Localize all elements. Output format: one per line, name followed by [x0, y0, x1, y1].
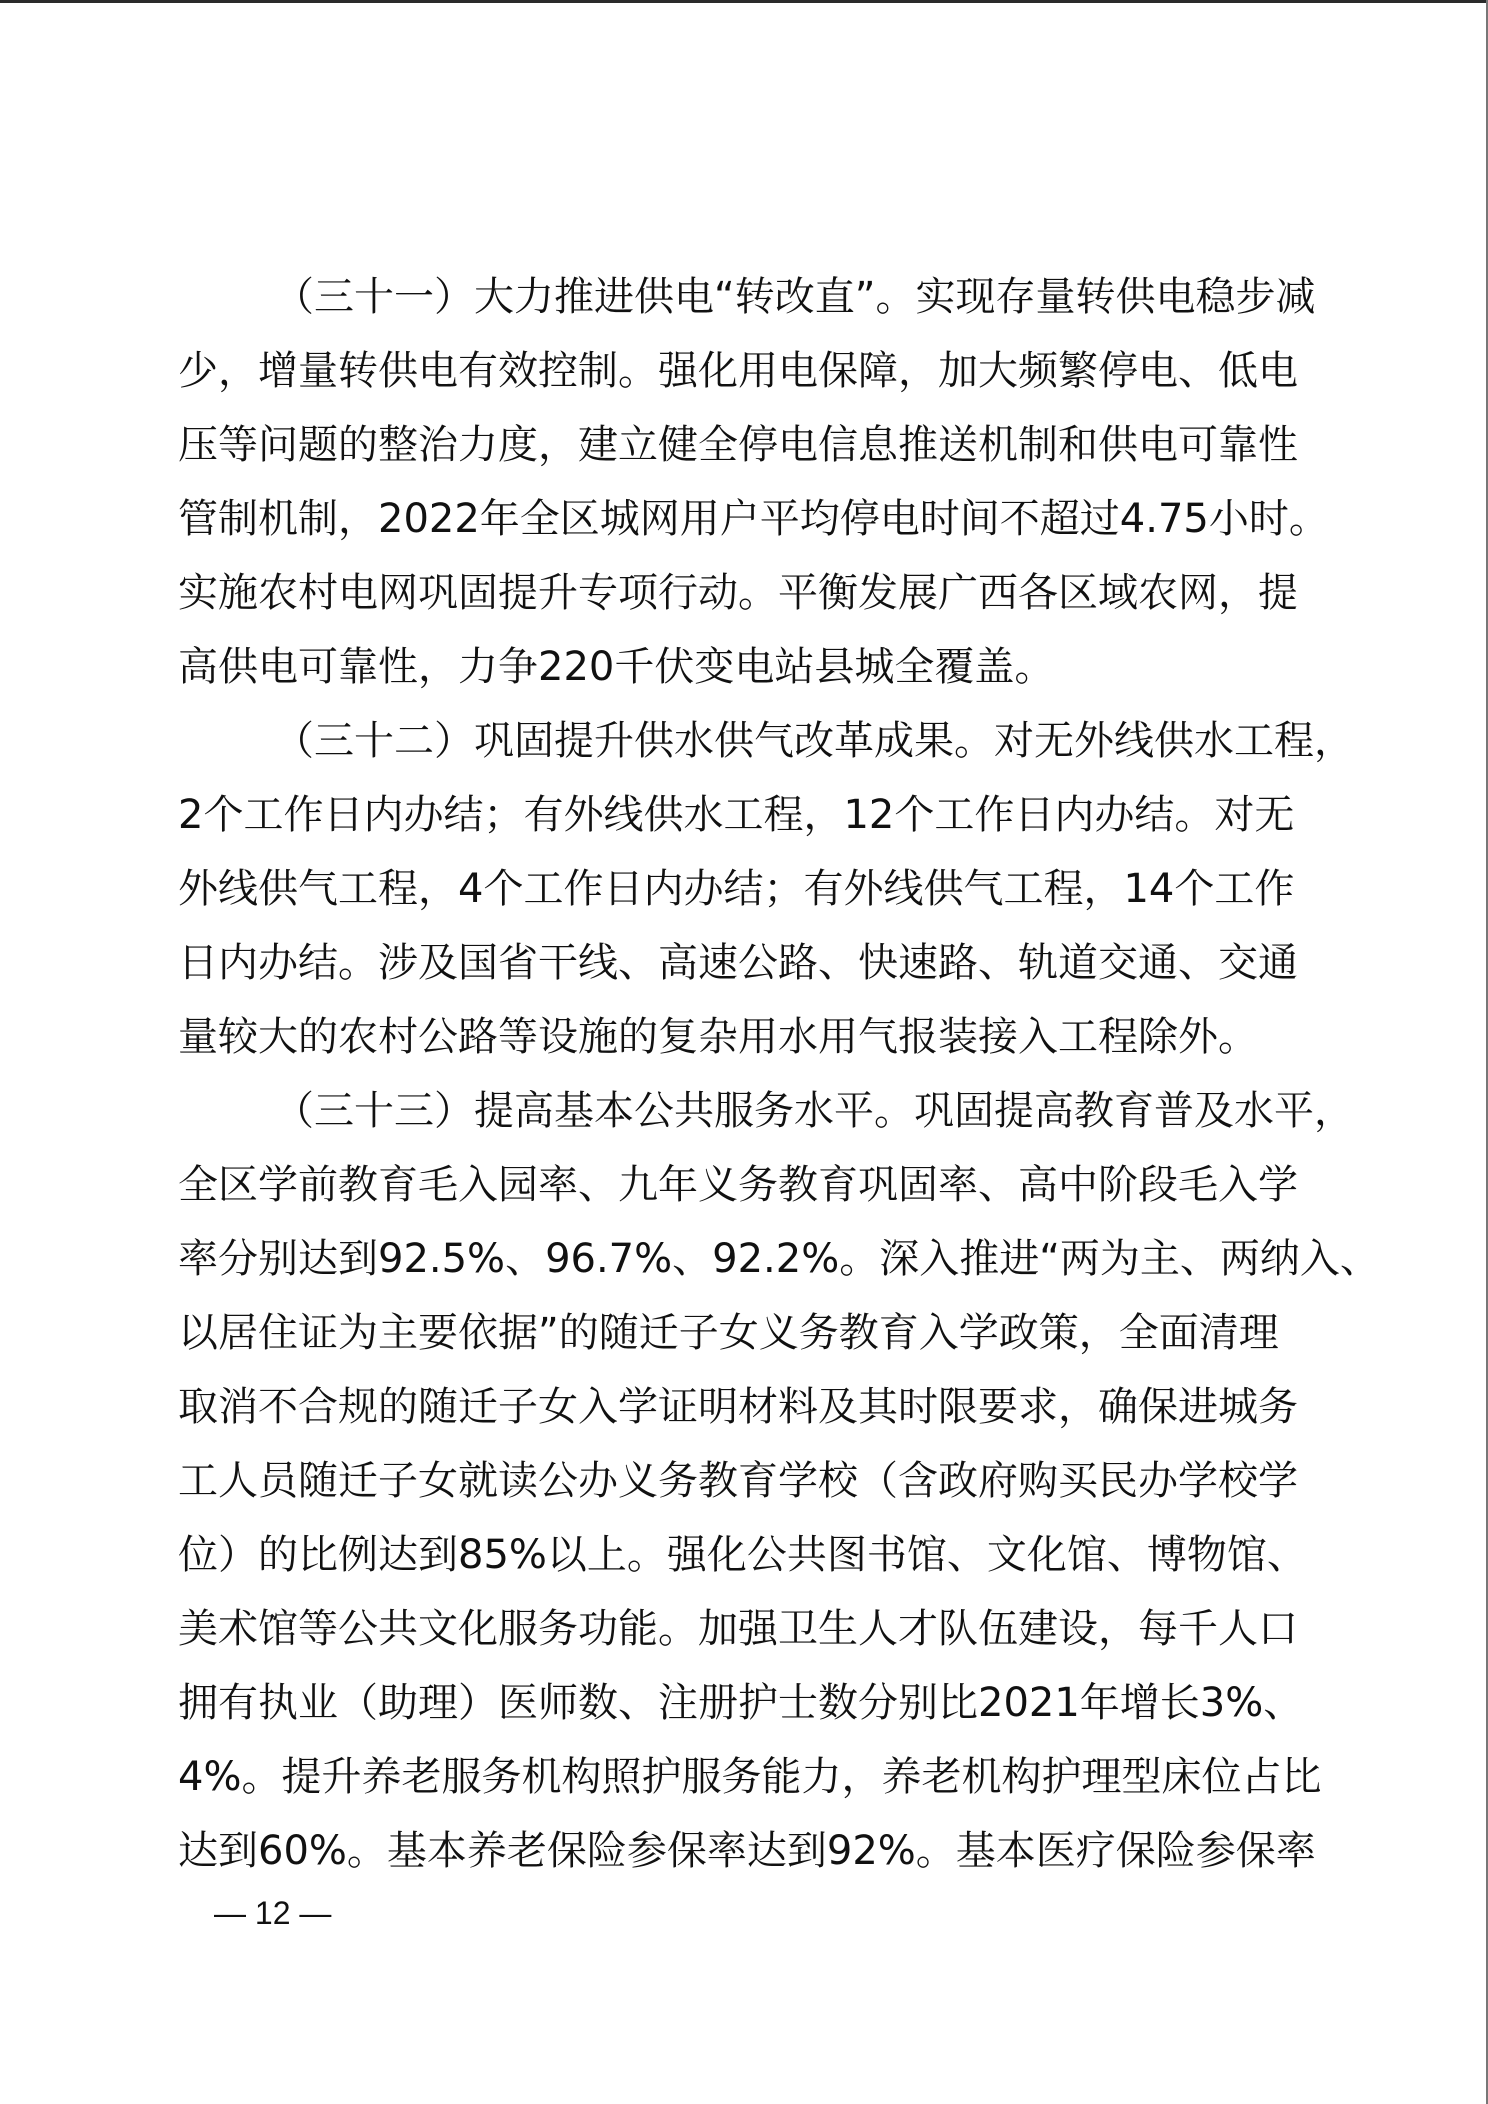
text-line: 取消不合规的随迁子女入学证明材料及其时限要求，确保进城务 [178, 1370, 1310, 1444]
text-line: 位）的比例达到85%以上。强化公共图书馆、文化馆、博物馆、 [178, 1518, 1310, 1592]
document-body: （三十一）大力推进供电“转改直”。实现存量转供电稳步减 少，增量转供电有效控制。… [178, 260, 1310, 1888]
text-line: 日内办结。涉及国省干线、高速公路、快速路、轨道交通、交通 [178, 926, 1310, 1000]
text-line: 压等问题的整治力度，建立健全停电信息推送机制和供电可靠性 [178, 408, 1310, 482]
text-line: 管制机制，2022年全区城网用户平均停电时间不超过4.75小时。 [178, 482, 1310, 556]
text-line: 高供电可靠性，力争220千伏变电站县城全覆盖。 [178, 630, 1310, 704]
text-line: 率分别达到92.5%、96.7%、92.2%。深入推进“两为主、两纳入、 [178, 1222, 1310, 1296]
text-line: （三十二）巩固提升供水供气改革成果。对无外线供水工程， [178, 704, 1310, 778]
text-line: 以居住证为主要依据”的随迁子女义务教育入学政策，全面清理 [178, 1296, 1310, 1370]
text-line: 拥有执业（助理）医师数、注册护士数分别比2021年增长3%、 [178, 1666, 1310, 1740]
text-line: 2个工作日内办结；有外线供水工程，12个工作日内办结。对无 [178, 778, 1310, 852]
page-number: — 12 — [214, 1895, 331, 1932]
top-border [0, 0, 1488, 3]
text-line: 工人员随迁子女就读公办义务教育学校（含政府购买民办学校学 [178, 1444, 1310, 1518]
paragraph-32: （三十二）巩固提升供水供气改革成果。对无外线供水工程， 2个工作日内办结；有外线… [178, 704, 1310, 1074]
text-line: 达到60%。基本养老保险参保率达到92%。基本医疗保险参保率 [178, 1814, 1310, 1888]
text-line: 4%。提升养老服务机构照护服务能力，养老机构护理型床位占比 [178, 1740, 1310, 1814]
paragraph-33: （三十三）提高基本公共服务水平。巩固提高教育普及水平， 全区学前教育毛入园率、九… [178, 1074, 1310, 1888]
paragraph-31: （三十一）大力推进供电“转改直”。实现存量转供电稳步减 少，增量转供电有效控制。… [178, 260, 1310, 704]
text-line: 美术馆等公共文化服务功能。加强卫生人才队伍建设，每千人口 [178, 1592, 1310, 1666]
text-line: 量较大的农村公路等设施的复杂用水用气报装接入工程除外。 [178, 1000, 1310, 1074]
text-line: （三十三）提高基本公共服务水平。巩固提高教育普及水平， [178, 1074, 1310, 1148]
text-line: 少，增量转供电有效控制。强化用电保障，加大频繁停电、低电 [178, 334, 1310, 408]
text-line: 实施农村电网巩固提升专项行动。平衡发展广西各区域农网，提 [178, 556, 1310, 630]
text-line: 外线供气工程，4个工作日内办结；有外线供气工程，14个工作 [178, 852, 1310, 926]
text-line: 全区学前教育毛入园率、九年义务教育巩固率、高中阶段毛入学 [178, 1148, 1310, 1222]
text-line: （三十一）大力推进供电“转改直”。实现存量转供电稳步减 [178, 260, 1310, 334]
